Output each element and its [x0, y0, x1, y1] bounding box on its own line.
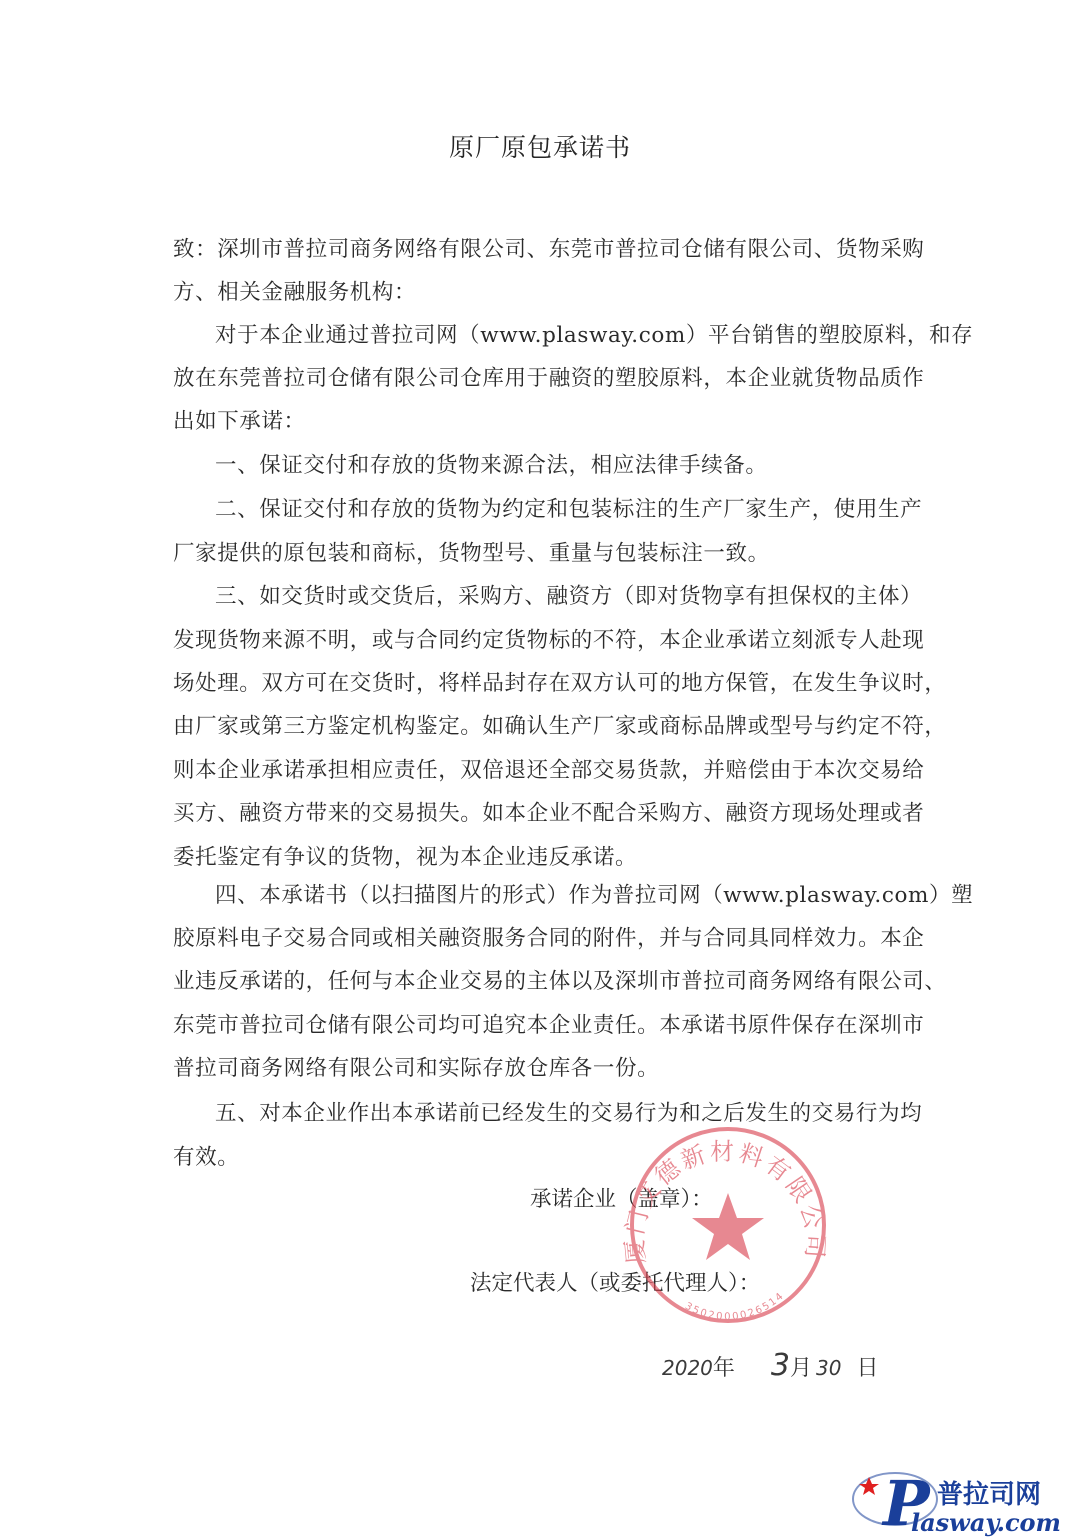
date-day-unit: 日	[856, 1356, 878, 1381]
body-line: 三、如交货时或交货后，采购方、融资方（即对货物享有担保权的主体）	[215, 579, 995, 610]
date-day-handwritten: 30	[816, 1356, 841, 1380]
body-line: 普拉司商务网络有限公司和实际存放仓库各一份。	[173, 1051, 953, 1082]
body-line: 致：深圳市普拉司商务网络有限公司、东莞市普拉司仓储有限公司、货物采购	[173, 232, 953, 263]
logo-brand-cn: 普拉司网	[937, 1480, 1041, 1510]
body-line: 方、相关金融服务机构：	[173, 275, 953, 306]
document-title: 原厂原包承诺书	[0, 128, 1080, 164]
body-line: 胶原料电子交易合同或相关融资服务合同的附件，并与合同具同样效力。本企	[173, 921, 953, 952]
body-line: 五、对本企业作出本承诺前已经发生的交易行为和之后发生的交易行为均	[215, 1096, 995, 1127]
body-line: 委托鉴定有争议的货物，视为本企业违反承诺。	[173, 840, 953, 871]
document-page: 原厂原包承诺书 致：深圳市普拉司商务网络有限公司、东莞市普拉司仓储有限公司、货物…	[0, 0, 1080, 1540]
body-line: 场处理。双方可在交货时，将样品封存在双方认可的地方保管，在发生争议时，	[173, 666, 953, 697]
date-month-unit: 月	[790, 1356, 812, 1381]
svg-text:lasway.com: lasway.com	[911, 1508, 1061, 1537]
company-seal-stamp: 厦门艾德新材料有限公司 3502000026514	[610, 1125, 840, 1325]
logo-star-icon	[859, 1477, 879, 1495]
body-line: 二、保证交付和存放的货物为约定和包装标注的生产厂家生产，使用生产	[215, 492, 995, 523]
date-year-unit: 年	[713, 1356, 735, 1381]
body-line: 买方、融资方带来的交易损失。如本企业不配合采购方、融资方现场处理或者	[173, 796, 953, 827]
body-line: 厂家提供的原包装和商标，货物型号、重量与包装标注一致。	[173, 536, 953, 567]
plasway-logo: P 普拉司网 lasway.com	[845, 1465, 1075, 1537]
body-line: 四、本承诺书（以扫描图片的形式）作为普拉司网（www.plasway.com）塑	[215, 878, 995, 909]
body-line: 放在东莞普拉司仓储有限公司仓库用于融资的塑胶原料，本企业就货物品质作	[173, 361, 953, 392]
body-line: 则本企业承诺承担相应责任，双倍退还全部交易货款，并赔偿由于本次交易给	[173, 753, 953, 784]
body-line: 由厂家或第三方鉴定机构鉴定。如确认生产厂家或商标品牌或型号与约定不符，	[173, 709, 953, 740]
date-month-handwritten: 3	[771, 1348, 790, 1383]
body-line: 业违反承诺的，任何与本企业交易的主体以及深圳市普拉司商务网络有限公司、	[173, 964, 953, 995]
body-line: 一、保证交付和存放的货物来源合法，相应法律手续备。	[215, 448, 995, 479]
body-line: 出如下承诺：	[173, 404, 953, 435]
body-line: 东莞市普拉司仓储有限公司均可追究本企业责任。本承诺书原件保存在深圳市	[173, 1008, 953, 1039]
seal-star-icon	[692, 1193, 764, 1260]
body-line: 对于本企业通过普拉司网（www.plasway.com）平台销售的塑胶原料，和存	[215, 318, 995, 349]
body-line: 发现货物来源不明，或与合同约定货物标的不符，本企业承诺立刻派专人赴现	[173, 623, 953, 654]
date-year-handwritten: 2020	[662, 1356, 713, 1380]
signature-date: 2020年 3月30 日	[662, 1348, 879, 1383]
